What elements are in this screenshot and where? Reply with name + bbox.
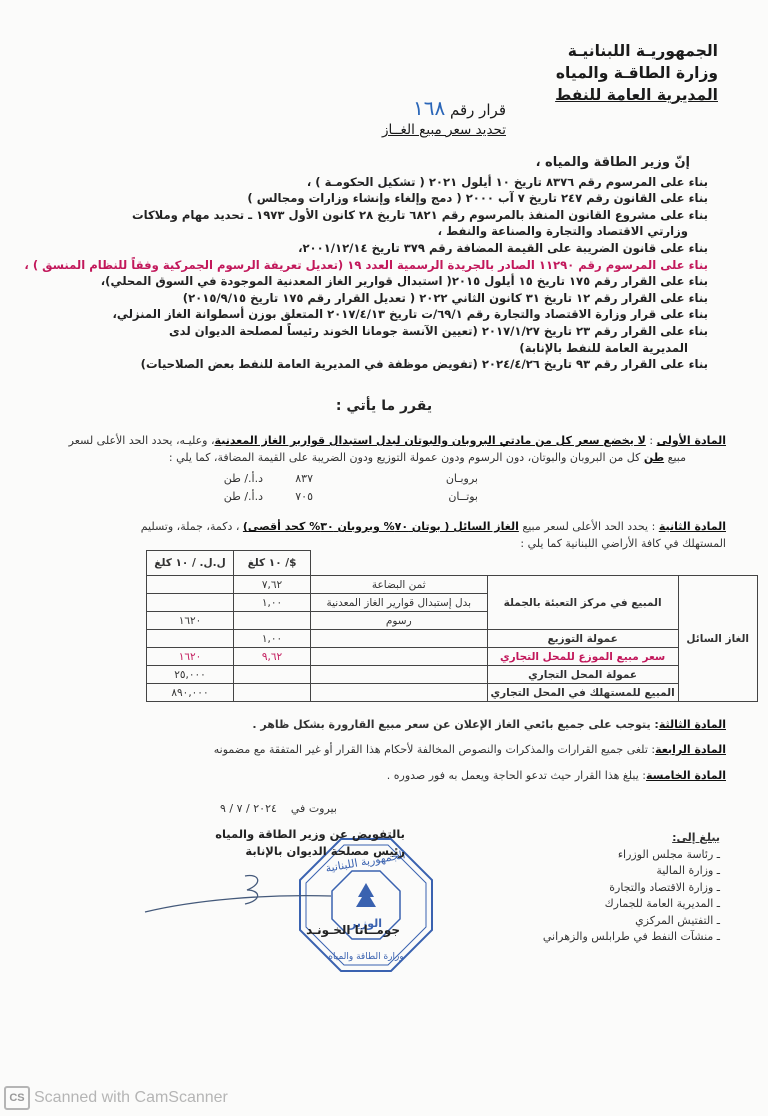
row-label: سعر مبيع الموزع للمحل التجاري	[487, 648, 678, 666]
article-2-label: المادة الثانية	[659, 520, 726, 533]
table-row: عمولة التوزيع ١,٠٠	[147, 630, 758, 648]
price-list: بروبـان ٨٣٧ د.أ./ طن بوتــان ٧٠٥ د.أ./ ط…	[203, 470, 478, 506]
price-unit: د.أ./ طن	[203, 470, 263, 488]
preamble-line-highlighted: بناء على المرسوم رقم ١١٢٩٠ الصادر بالجري…	[248, 257, 708, 274]
date-value: ٢٠٢٤ / ٧ / ٩	[220, 802, 277, 815]
svg-text:وزارة الطاقة والمياه: وزارة الطاقة والمياه	[328, 952, 403, 962]
cell-usd	[234, 612, 311, 630]
camscanner-watermark: CS Scanned with CamScanner	[4, 1086, 228, 1110]
article-1-text: ، وعليـه، يحدد الحد الأعلى لسعر	[69, 434, 215, 447]
distribution-item: ـ المديرية العامة للجمارك	[543, 896, 720, 913]
decree-page: الجمهوريـة اللبنانيـة وزارة الطاقـة والم…	[0, 0, 768, 1116]
preamble-line: بناء على القرار رقم ١٢ تاريخ ٣١ كانون ال…	[248, 290, 708, 307]
wholesale-label: المبيع في مركز التعبئة بالجملة	[487, 576, 678, 630]
table-row: الغاز السائل المبيع في مركز التعبئة بالج…	[147, 576, 758, 594]
signature-role: رئيس مصلحة الديوان بالإنابة	[155, 843, 405, 860]
column-header-usd: $/ ١٠ كلغ	[234, 551, 311, 576]
gas-price-table: $/ ١٠ كلغ ل.ل. / ١٠ كلغ الغاز السائل الم…	[146, 550, 758, 702]
preamble-line: بناء على القانون رقم ٢٤٧ تاريخ ٧ آب ٢٠٠٠…	[248, 190, 708, 207]
price-name: بوتــان	[313, 488, 478, 506]
article-4-text: : تلغى جميع القرارات والمذكرات والنصوص ا…	[214, 743, 655, 756]
table-row: المبيع للمستهلك في المحل التجاري ٨٩٠,٠٠٠	[147, 684, 758, 702]
article-3: المادة الثالثة: يتوجب على جميع بائعي الغ…	[252, 716, 726, 733]
decree-title: قرار رقم ١٦٨ تحديد سعر مبيع الغــاز	[382, 98, 506, 140]
letterhead: الجمهوريـة اللبنانيـة وزارة الطاقـة والم…	[555, 40, 718, 106]
distribution-list: يبلغ إلى: ـ رئاسة مجلس الوزراء ـ وزارة ا…	[543, 830, 720, 946]
cell-lbp: ٨٩٠,٠٠٠	[147, 684, 234, 702]
decree-label: قرار رقم	[450, 101, 506, 119]
article-1-text: كل من البروبان والبوتان، دون الرسوم ودون…	[169, 451, 640, 464]
handwritten-signature-icon	[135, 868, 335, 918]
price-row: بوتــان ٧٠٥ د.أ./ طن	[203, 488, 478, 506]
article-5: المادة الخامسة: يبلغ هذا القرار حيث تدعو…	[387, 767, 726, 784]
price-value: ٨٣٧	[263, 470, 313, 488]
row-label: رسوم	[311, 612, 488, 630]
article-1-text: مبيع	[668, 451, 686, 464]
signatory-name: جومــانا الخـونـد	[306, 922, 400, 939]
price-row: بروبـان ٨٣٧ د.أ./ طن	[203, 470, 478, 488]
preamble-line: بناء على المرسوم رقم ٨٣٧٦ تاريخ ١٠ أيلول…	[248, 174, 708, 191]
distribution-heading: يبلغ إلى:	[543, 830, 720, 847]
row-label: عمولة المحل التجاري	[487, 666, 678, 684]
preamble-line: بناء على قانون الضريبة على القيمة المضاف…	[248, 240, 708, 257]
cell-usd: ٧,٦٢	[234, 576, 311, 594]
cell-lbp	[147, 594, 234, 612]
preamble: إنّ وزير الطاقة والمياه ، بناء على المرس…	[248, 155, 708, 373]
letterhead-republic: الجمهوريـة اللبنانيـة	[555, 40, 718, 62]
article-2-bold: الغاز السائل ( بوتان ٧٠% وبروبان ٣٠% كحد…	[243, 520, 519, 533]
preamble-line: بناء على القرار رقم ١٧٥ تاريخ ١٥ أيلول ٢…	[248, 273, 708, 290]
article-1: المادة الأولى : لا يخضع سعر كل من مادتي …	[69, 432, 726, 466]
distribution-item: ـ منشآت النفط في طرابلس والزهراني	[543, 929, 720, 946]
cell-usd: ٩,٦٢	[234, 648, 311, 666]
row-label: ثمن البضاعة	[311, 576, 488, 594]
cell-usd	[234, 684, 311, 702]
article-1-label: المادة الأولى	[657, 434, 726, 447]
table-row: عمولة المحل التجاري ٢٥,٠٠٠	[147, 666, 758, 684]
preamble-line: بناء على القرار رقم ٩٣ تاريخ ٢٠٢٤/٤/٢٦ (…	[248, 356, 708, 373]
row-label: بدل إستبدال قوارير الغاز المعدنية	[311, 594, 488, 612]
date-place: بيروت في	[291, 802, 337, 815]
cell-lbp: ٢٥,٠٠٠	[147, 666, 234, 684]
article-3-label: المادة الثالثة	[659, 718, 726, 731]
column-header-lbp: ل.ل. / ١٠ كلغ	[147, 551, 234, 576]
table-row-highlighted: سعر مبيع الموزع للمحل التجاري ٩,٦٢ ١٦٢٠	[147, 648, 758, 666]
article-1-bold: لا يخضع سعر كل من مادتي البروبان والبوتا…	[215, 434, 646, 447]
distribution-item: ـ رئاسة مجلس الوزراء	[543, 847, 720, 864]
issue-date: بيروت في ٢٠٢٤ / ٧ / ٩	[220, 802, 337, 815]
watermark-text: Scanned with CamScanner	[34, 1089, 228, 1107]
article-5-text: : يبلغ هذا القرار حيث تدعو الحاجة ويعمل …	[387, 769, 646, 782]
preamble-line: وزارتي الاقتصاد والتجارة والصناعة والنفط…	[248, 223, 708, 240]
preamble-line: بناء على قرار وزارة الاقتصاد والتجارة رق…	[248, 306, 708, 323]
cell-usd	[234, 666, 311, 684]
distribution-item: ـ وزارة الاقتصاد والتجارة	[543, 880, 720, 897]
decree-number: ١٦٨	[413, 96, 445, 120]
article-4: المادة الرابعة: تلغى جميع القرارات والمذ…	[214, 741, 726, 758]
distribution-item: ـ وزارة المالية	[543, 863, 720, 880]
distribution-item: ـ التفتيش المركزي	[543, 913, 720, 930]
cell-lbp	[147, 630, 234, 648]
price-value: ٧٠٥	[263, 488, 313, 506]
price-name: بروبـان	[313, 470, 478, 488]
decides-heading: يقرر ما يأتي :	[0, 398, 768, 414]
camscanner-logo-icon: CS	[4, 1086, 30, 1110]
article-3-text: : يتوجب على جميع بائعي الغاز الإعلان عن …	[252, 718, 658, 731]
decree-subject: تحديد سعر مبيع الغــاز	[382, 120, 506, 140]
article-5-label: المادة الخامسة	[646, 769, 726, 782]
cell-lbp: ١٦٢٠	[147, 612, 234, 630]
letterhead-ministry: وزارة الطاقـة والمياه	[555, 62, 718, 84]
article-2-text: ، دكمة، جملة، وتسليم	[141, 520, 240, 533]
group-label-liquid-gas: الغاز السائل	[678, 576, 757, 702]
preamble-line: بناء على القرار رقم ٢٣ تاريخ ٢٠١٧/١/٢٧ (…	[248, 323, 708, 340]
row-label: عمولة التوزيع	[487, 630, 678, 648]
signature-block: بالتفويض عن وزير الطاقة والمياه رئيس مصل…	[155, 826, 405, 860]
article-4-label: المادة الرابعة	[655, 743, 726, 756]
cell-usd: ١,٠٠	[234, 630, 311, 648]
price-unit: د.أ./ طن	[203, 488, 263, 506]
preamble-line: إنّ وزير الطاقة والمياه ،	[248, 155, 708, 172]
letterhead-directorate: المديرية العامة للنفط	[555, 84, 718, 106]
article-2: المادة الثانية : يحدد الحد الأعلى لسعر م…	[141, 518, 726, 552]
preamble-line: بناء على مشروع القانون المنفذ بالمرسوم ر…	[248, 207, 708, 224]
cell-usd: ١,٠٠	[234, 594, 311, 612]
article-1-bold: طن	[644, 451, 664, 464]
row-label: المبيع للمستهلك في المحل التجاري	[487, 684, 678, 702]
signature-title: بالتفويض عن وزير الطاقة والمياه	[155, 826, 405, 843]
cell-lbp: ١٦٢٠	[147, 648, 234, 666]
preamble-line: المديرية العامة للنفط بالإنابة)	[248, 340, 708, 357]
cell-lbp	[147, 576, 234, 594]
table-header-row: $/ ١٠ كلغ ل.ل. / ١٠ كلغ	[147, 551, 758, 576]
article-2-text: : يحدد الحد الأعلى لسعر مبيع	[522, 520, 655, 533]
